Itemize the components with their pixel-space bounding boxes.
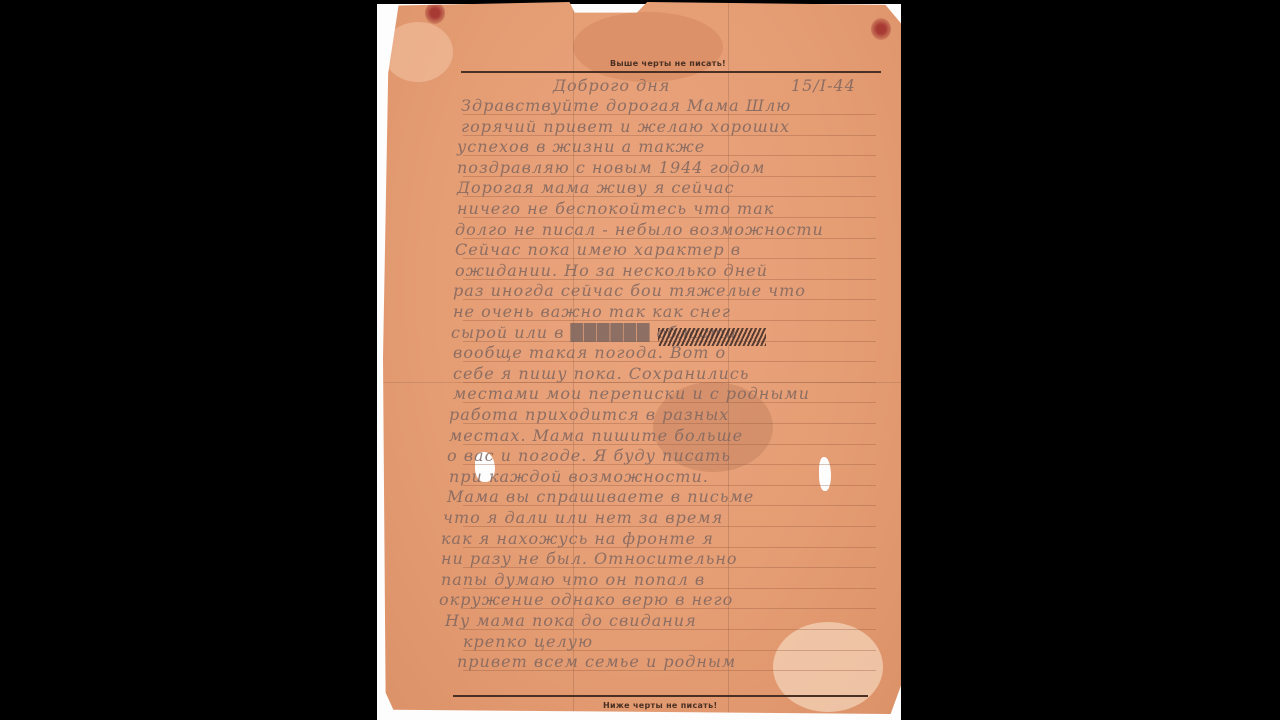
printed-footer: Ниже черты не писать! [603,701,717,710]
handwritten-line: ничего не беспокойтесь что так [457,199,774,218]
handwritten-line: при каждой возможности. [449,467,709,486]
letter-date: 15/I-44 [791,76,856,95]
handwritten-line: долго не писал - небыло возможности [455,220,824,239]
stamp-mark-right [871,18,891,40]
handwritten-line: Ну мама пока до свидания [445,611,697,630]
censor-redaction [658,328,766,346]
handwritten-line: местами мои переписки и с родными [453,384,810,403]
handwritten-line: ожидании. Но за несколько дней [455,261,768,280]
handwritten-line: не очень важно так как снег [453,302,731,321]
handwritten-line: как я нахожусь на фронте я [441,529,714,548]
handwritten-line: горячий привет и желаю хороших [461,117,790,136]
handwritten-line: окружение однако верю в него [439,590,733,609]
handwritten-line: Дорогая мама живу я сейчас [457,178,735,197]
greeting-line: Доброго дня [553,76,670,95]
handwritten-line: работа приходится в разных [449,405,729,424]
header-rule [461,71,881,73]
handwritten-line: Здравствуйте дорогая Мама Шлю [461,96,791,115]
handwritten-line: Сейчас пока имею характер в [455,240,741,259]
handwritten-line: себе я пишу пока. Сохранились [453,364,749,383]
handwritten-line: о вас и погоде. Я буду писать [447,446,731,465]
letter-sheet: Выше черты не писать! Ниже черты не писа… [383,2,901,714]
handwritten-line: привет всем семье и родным [457,652,736,671]
handwritten-line: вообще такая погода. Вот о [453,343,726,362]
handwritten-line: раз иногда сейчас бои тяжелые что [453,281,806,300]
handwritten-line: местах. Мама пишите больше [449,426,743,445]
handwritten-line: Мама вы спрашиваете в письме [447,487,754,506]
paper-hole [819,457,831,491]
handwritten-line: ни разу не был. Относительно [441,549,738,568]
handwritten-line: папы думаю что он попал в [441,570,705,589]
printed-header: Выше черты не писать! [610,59,726,68]
handwritten-line: что я дали или нет за время [443,508,723,527]
handwritten-line: успехов в жизни а также [457,137,705,156]
footer-rule [453,695,868,697]
stamp-mark-left [425,2,445,24]
handwritten-line: поздравляю с новым 1944 годом [457,158,765,177]
handwritten-line: крепко целую [463,632,593,651]
